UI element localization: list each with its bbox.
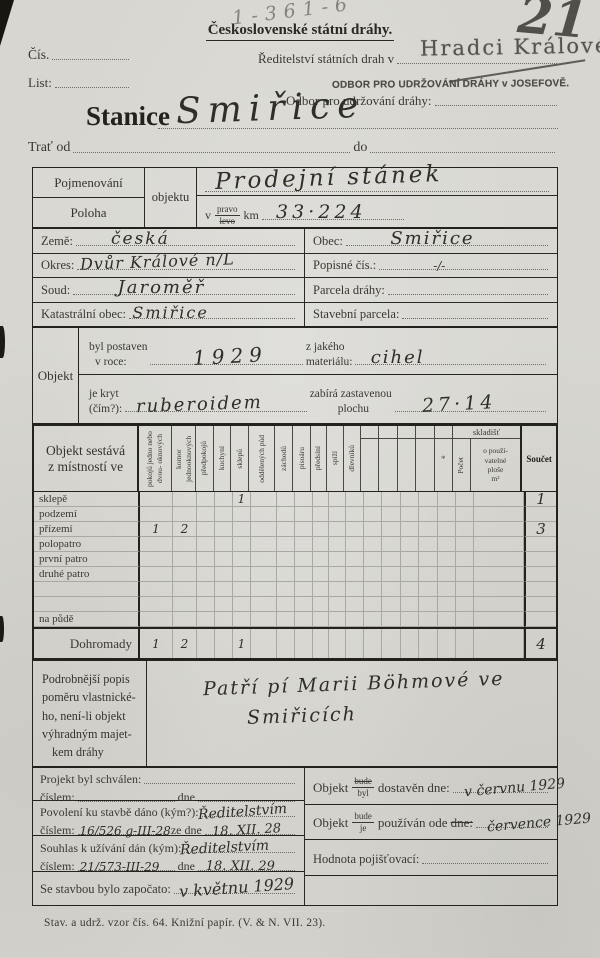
rooms-col-header: oddělených půd [249,426,275,491]
room-count-cell [140,492,173,507]
room-count-cell [313,629,329,658]
room-count-cell [401,597,419,612]
objektu-label: objektu [145,168,197,227]
room-count-cell [401,582,419,597]
room-count-cell [215,522,233,537]
room-count-cell [364,537,382,552]
room-count-cell [233,612,251,627]
room-count-cell [313,582,329,597]
levo-option: levo [215,216,240,226]
room-count-cell [277,629,295,658]
room-count-cell [277,552,295,567]
room-count-value: 1 [152,522,160,536]
room-count-cell [197,612,215,627]
popisne-value: -/- [433,259,445,273]
room-sum-cell: 3 [524,522,556,537]
zeme-label: Země: [41,234,73,249]
room-count-cell [313,567,329,582]
project-label: Projekt byl schválen: [40,772,141,787]
room-count-cell [401,552,419,567]
route-from-line [73,139,350,153]
spare-band [416,426,434,439]
rooms-col-header: komor jednooknových [172,426,196,491]
spare-band [379,426,397,439]
room-count-cell [197,629,215,658]
room-count-cell [438,567,456,582]
col-label: předpokojů [199,441,209,475]
directorate-stamp: Hradci Králové [420,33,600,60]
started-row: Se stavbou bylo započato: v květnu 1929 [33,872,304,905]
used-fraction: bude je [352,811,374,833]
room-count-cell [277,597,295,612]
room-count-cell [277,567,295,582]
katastr-value: Smiřice [132,303,208,322]
room-count-cell [346,522,364,537]
pravo-option: pravo [215,204,240,215]
room-count-cell [173,567,197,582]
consent-number-value: 21/573-III-29 [80,860,160,874]
room-count-cell [346,597,364,612]
room-count-cell [364,507,382,522]
room-count-cell [382,597,401,612]
room-count-cell [456,612,474,627]
location-cell: Stavební parcela: [305,303,557,327]
covered-label-l1: je kryt [89,388,119,400]
room-count-cell [419,552,438,567]
ownership-label-line: výhradným majet- [42,725,141,743]
room-count-cell [233,552,251,567]
finished-frac-bot: byl [352,788,374,798]
naming-table: Pojmenování Poloha objektu Prodejní stán… [32,167,558,228]
covered-label: je kryt (čím?): [89,387,122,417]
route-row: Trať od do [28,139,558,156]
rooms-row: podzemí [34,507,556,522]
area-label: zabírá zastavenou plochu [310,387,392,417]
room-count-cell [251,629,277,658]
ownership-label-line: poměru vlastnické- [42,688,141,706]
room-count-cell [295,552,313,567]
col-label: oddělených půd [257,435,267,483]
spare-band [361,426,378,439]
room-count-cell [456,522,474,537]
project-line [144,770,295,784]
finished-frac-top: bude [352,776,374,787]
room-count-cell [329,552,346,567]
room-count-cell [173,507,197,522]
room-count-cell [215,492,233,507]
room-count-cell [215,582,233,597]
rooms-section-label-l1: Objekt sestává [46,443,125,459]
location-cell: Okres: Dvůr Králové n/L [33,254,305,278]
katastr-line: Smiřice [129,305,295,319]
rooms-col-header: spíží [327,426,344,491]
room-count-cell [295,492,313,507]
popisne-label: Popisné čís.: [313,258,376,273]
room-count-cell [197,522,215,537]
room-count-cell [474,537,524,552]
used-frac-bot: je [352,823,374,833]
room-row-label: na půdě [34,612,140,627]
room-count-cell [438,552,456,567]
rooms-row [34,582,556,597]
room-count-cell [419,582,438,597]
room-count-cell [197,582,215,597]
insurance-line [422,850,548,864]
material-label-l1: z jakého [306,341,345,353]
room-count-cell [346,507,364,522]
skladist-subcols: Počet o použí- vatelné ploše m² [453,439,520,491]
room-count-cell [140,507,173,522]
col-label: sklepů [235,449,245,469]
okres-line: Dvůr Králové n/L [77,256,295,270]
spare-band [398,426,415,439]
room-count-cell [140,597,173,612]
room-count-cell [329,522,346,537]
room-count-cell [173,492,197,507]
rooms-total-row: Dohromady1214 [34,627,556,658]
room-sum-value: 4 [536,635,546,653]
room-count-cell [295,582,313,597]
room-count-cell: 2 [173,629,197,658]
object-covered-row: je kryt (čím?): ruberoidem zabírá zastav… [79,375,557,423]
room-count-cell: 1 [140,629,173,658]
room-count-cell [474,567,524,582]
rooms-col-header-empty [398,426,416,491]
object-label: Objekt [33,328,79,423]
station-value: Smiřice [175,85,366,133]
ownership-label-line: kem dráhy [42,743,141,761]
built-line: 1929 [150,351,302,365]
room-count-cell [456,597,474,612]
rooms-col-header: záchodů [275,426,293,491]
room-row-label [34,597,140,612]
room-count-cell [251,582,277,597]
room-count-cell [456,507,474,522]
rooms-col-header-empty: * [435,426,453,491]
room-count-cell [401,629,419,658]
room-count-cell [438,522,456,537]
room-count-cell [419,597,438,612]
room-count-cell [419,522,438,537]
rooms-header: Objekt sestává z místností ve pokojů jed… [34,426,556,492]
built-value: 1929 [193,342,269,370]
room-count-cell [419,567,438,582]
room-count-cell [346,552,364,567]
ownership-label-line: Podrobnější popis [42,670,141,688]
soud-label: Soud: [41,283,70,298]
room-count-cell [277,522,295,537]
room-count-cell [329,507,346,522]
rooms-table: Objekt sestává z místností ve pokojů jed… [32,424,558,660]
room-count-cell [173,612,197,627]
room-count-cell [364,567,382,582]
room-count-cell [295,597,313,612]
stavebni-line [402,305,548,319]
col-label: spíží [330,451,340,465]
room-count-cell [474,492,524,507]
room-count-cell [364,582,382,597]
project-date-line [198,787,295,801]
room-count-cell [215,629,233,658]
route-to-line [370,139,555,153]
room-count-cell [197,492,215,507]
room-count-cell [215,597,233,612]
list-label: List: [28,75,52,91]
room-count-value: 1 [238,492,246,506]
okres-value: Dvůr Králové n/L [79,249,234,273]
ownership-value-l2: Smiřicích [247,703,358,729]
room-count-cell [364,612,382,627]
area-value: 27·14 [421,391,496,417]
directorate-label: Ředitelství státních drah v [258,51,394,67]
object-name-value: Prodejní stánek [215,161,443,195]
room-count-cell [346,629,364,658]
km-line: 33·224 [262,206,404,220]
room-count-cell [140,552,173,567]
room-row-label: polopatro [34,537,140,552]
material-label-l2: materiálu: [306,356,353,368]
object-built-row: byl postaven v roce: 1929 z jakého mater… [79,328,557,375]
location-cell: Popisné čís.: -/- [305,254,557,278]
consent-date-line: 18. XII. 29 [198,856,295,870]
finished-line: v červnu 1929 [453,779,548,793]
room-count-cell [251,552,277,567]
room-count-cell [233,597,251,612]
room-row-label: podzemí [34,507,140,522]
room-count-cell: 1 [233,629,251,658]
room-row-label [34,582,140,597]
room-count-value: 1 [152,637,160,651]
room-count-cell [382,582,401,597]
cis-label: Čís. [28,47,49,63]
room-count-cell [456,582,474,597]
room-count-cell [215,612,233,627]
room-sum-cell [524,612,556,627]
covered-label-l2: (čím?): [89,403,122,415]
col-label: pokojů jedno nebo dvou- oknových [145,427,165,491]
room-count-cell [197,597,215,612]
object-name-cell: Prodejní stánek [197,168,557,196]
room-count-cell [401,522,419,537]
approvals-left: Projekt byl schválen: číslem:dne Povolen… [33,768,305,905]
scanned-form-page: 1-361-6 21 Československé státní dráhy. … [0,0,600,958]
scan-edge-artifact [0,326,5,358]
room-count-cell [233,567,251,582]
col-label: kuchyní [217,446,227,470]
room-row-label: první patro [34,552,140,567]
room-sum-cell [524,552,556,567]
route-from-label: Trať od [28,140,70,156]
room-count-cell [364,597,382,612]
ownership-label: Podrobnější popis poměru vlastnické- ho,… [33,661,147,766]
room-count-cell [215,567,233,582]
project-number-line [78,787,175,801]
used-value: července 1929 [487,810,592,835]
room-count-cell [295,507,313,522]
col-label: pisoáru [297,447,307,469]
col-label: záchodů [279,446,289,471]
ownership-label-line: ho, není-li objekt [42,707,141,725]
room-count-cell [474,522,524,537]
area-label-l1: zabírá zastavenou [310,388,392,400]
rooms-col-header: pisoáru [293,426,311,491]
rooms-row [34,597,556,612]
room-count-cell [329,612,346,627]
room-count-cell [313,537,329,552]
rooms-row: druhé patro [34,567,556,582]
room-count-cell [329,582,346,597]
rooms-col-header: kuchyní [214,426,232,491]
finished-pre-label: Objekt [313,780,348,796]
consent-row: Souhlas k užívání dán (kým):Ředitelstvím… [33,836,304,872]
room-count-cell [313,552,329,567]
room-count-cell [401,492,419,507]
permit-number-line: 16/526 g-III-28 [78,820,168,834]
cis-line [52,46,129,60]
stavebni-label: Stavební parcela: [313,307,399,322]
room-count-cell [277,492,295,507]
permit-label: Povolení ku stavbě dáno (kým?): [40,805,199,820]
room-count-cell [474,507,524,522]
started-line: v květnu 1929 [174,880,295,894]
room-count-cell [313,612,329,627]
room-count-cell [474,582,524,597]
used-struck-label: dne: [451,815,473,831]
soud-line: Jaroměř [73,280,295,294]
insurance-label: Hodnota pojišťovací: [313,852,419,867]
location-cell: Obec: Smiřice [305,229,557,253]
rooms-col-header: předsíní [311,426,327,491]
pojmenovani-label: Pojmenování [33,168,144,198]
room-count-cell [474,612,524,627]
room-count-cell [251,612,277,627]
room-count-cell [364,629,382,658]
built-label-l1: byl postaven [89,341,147,353]
room-row-label: Dohromady [34,629,140,658]
consent-date-value: 18. XII. 29 [206,859,275,874]
permit-row: Povolení ku stavbě dáno (kým?):Ředitelst… [33,801,304,836]
rooms-row: polopatro [34,537,556,552]
room-count-cell [215,537,233,552]
room-count-cell [313,507,329,522]
katastr-label: Katastrální obec: [41,307,126,322]
room-count-cell [313,597,329,612]
room-count-cell [251,537,277,552]
permit-by-line: Ředitelstvím [202,803,295,817]
room-count-cell [329,629,346,658]
used-row: Objekt bude je používán ode dne: červenc… [305,805,557,840]
room-count-cell [173,552,197,567]
location-row: Katastrální obec: Smiřice Stavební parce… [33,303,557,327]
project-row: Projekt byl schválen: číslem:dne [33,768,304,801]
location-row: Soud: Jaroměř Parcela dráhy: [33,278,557,303]
room-count-cell [313,522,329,537]
room-count-cell [382,522,401,537]
room-count-cell [197,552,215,567]
room-count-cell [313,492,329,507]
approvals-right: Objekt bude byl dostavěn dne: v červnu 1… [305,768,557,905]
room-count-cell [382,629,401,658]
room-count-cell [277,612,295,627]
rooms-col-header-empty [379,426,398,491]
room-count-cell [295,522,313,537]
area-line: 27·14 [395,398,546,412]
object-right: byl postaven v roce: 1929 z jakého mater… [79,328,557,423]
room-count-cell [346,582,364,597]
room-count-cell [140,567,173,582]
rooms-col-header-empty [361,426,379,491]
room-count-cell [140,537,173,552]
naming-right-col: Prodejní stánek v pravo levo km 33·224 [197,168,557,227]
room-count-cell [233,507,251,522]
col-label: komor jednooknových [174,427,194,491]
room-row-label: sklepě [34,492,140,507]
scan-edge-artifact [0,616,4,642]
location-table: Země: česká Obec: Smiřice Okres: Dvůr Kr… [32,228,558,327]
finished-row: Objekt bude byl dostavěn dne: v červnu 1… [305,768,557,805]
room-count-cell [382,567,401,582]
room-count-cell [251,522,277,537]
col-label: dřevníků [347,445,357,472]
rooms-col-header: sklepů [231,426,249,491]
room-count-cell [382,612,401,627]
rooms-row: přízemí123 [34,522,556,537]
room-count-cell [364,522,382,537]
room-sum-cell [524,567,556,582]
popisne-line: -/- [379,256,548,270]
room-count-cell [419,537,438,552]
obec-label: Obec: [313,234,343,249]
used-pre-label: Objekt [313,815,348,831]
spare-band [435,426,452,439]
room-count-cell [346,537,364,552]
room-count-cell [456,552,474,567]
room-count-cell [419,629,438,658]
consent-label: Souhlas k užívání dán (kým): [40,841,181,856]
room-count-cell [401,507,419,522]
location-row: Okres: Dvůr Králové n/L Popisné čís.: -/… [33,254,557,279]
built-label-l2: v roce: [89,356,127,368]
room-count-cell [364,552,382,567]
room-count-cell [438,537,456,552]
room-count-cell [438,629,456,658]
room-count-cell [438,597,456,612]
room-row-label: druhé patro [34,567,140,582]
room-sum-cell: 4 [524,629,556,658]
rooms-section-label-l2: z místností ve [48,459,123,475]
rooms-section-label: Objekt sestává z místností ve [34,426,139,491]
room-count-cell [438,492,456,507]
room-count-cell [474,597,524,612]
room-count-cell [233,537,251,552]
room-count-value: 2 [181,637,189,651]
col-label: předsíní [313,446,323,470]
list-line [55,74,129,88]
covered-value: ruberoidem [136,392,263,417]
ownership-table: Podrobnější popis poměru vlastnické- ho,… [32,660,558,767]
room-count-cell: 1 [233,492,251,507]
room-count-cell [474,629,524,658]
room-sum-cell: 1 [524,492,556,507]
rooms-col-header-empty [416,426,435,491]
room-count-cell [295,612,313,627]
consent-by-line: Ředitelstvím [184,839,295,853]
footnote-mark: * [441,454,446,464]
soucet-col-header: Součet [520,426,556,491]
zeme-value: česká [111,229,170,249]
room-count-cell: 1 [140,522,173,537]
room-count-cell [438,582,456,597]
